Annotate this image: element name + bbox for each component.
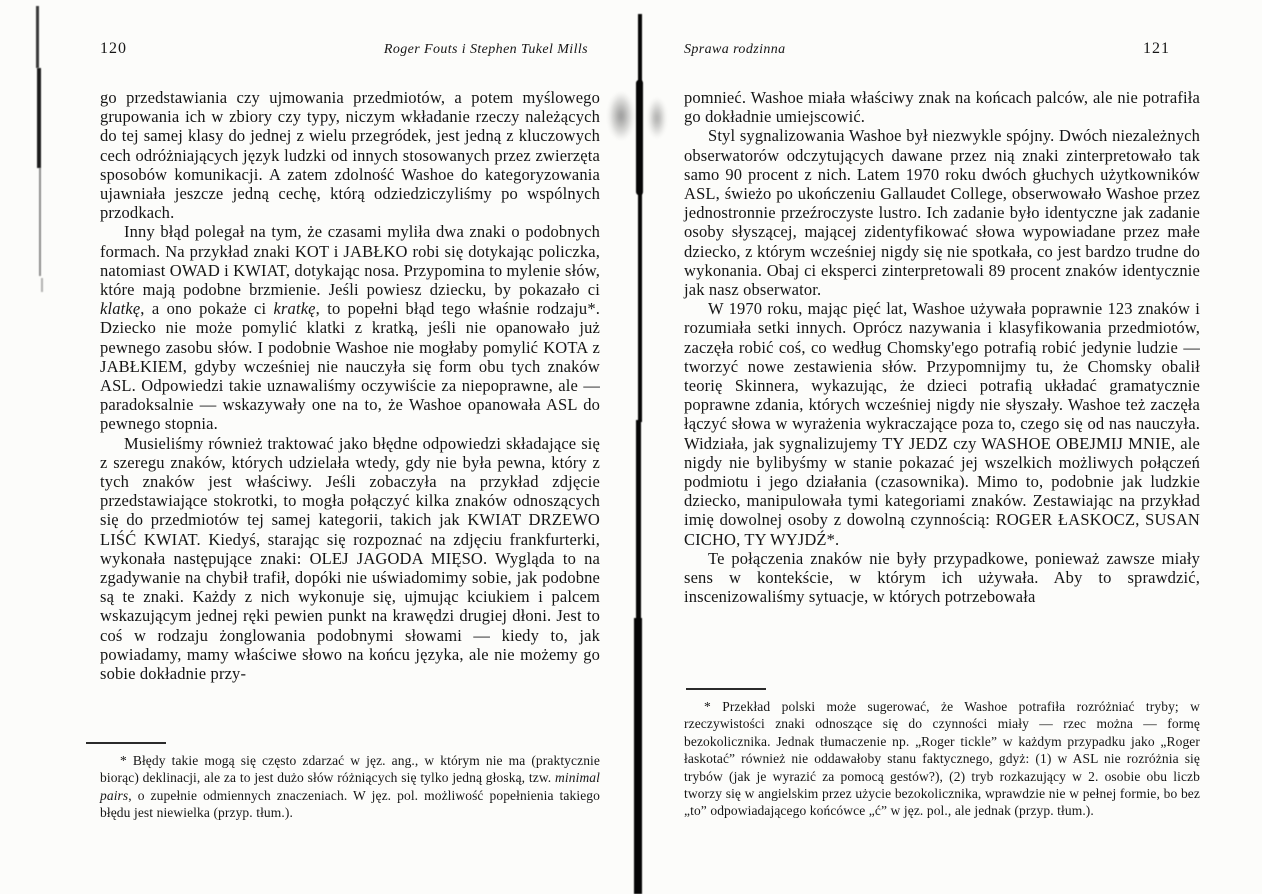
- text-segment: , to popełni błąd tego właśnie rodzaju*.…: [100, 299, 600, 433]
- paragraph: go przedstawiania czy ujmowania przedmio…: [100, 88, 600, 222]
- right-footnote-rule: [686, 688, 766, 690]
- ink-smudge: [608, 92, 634, 140]
- scan-edge-artifact: [36, 6, 39, 68]
- text-segment: W 1970 roku, mając pięć lat, Washoe używ…: [684, 299, 1200, 548]
- italic-text-segment: klatkę: [100, 299, 140, 318]
- text-segment: * Błędy takie mogą się często zdarzać w …: [100, 753, 600, 785]
- scan-edge-artifact: [39, 168, 41, 276]
- paragraph: W 1970 roku, mając pięć lat, Washoe używ…: [684, 299, 1200, 549]
- scanned-book-spread: 120 Roger Fouts i Stephen Tukel Mills go…: [0, 0, 1262, 894]
- text-segment: , o zupełnie odmiennych znaczeniach. W j…: [100, 788, 600, 820]
- gutter-line: [636, 420, 641, 620]
- right-page-footnote: * Przekład polski może sugerować, że Was…: [684, 698, 1200, 820]
- scan-edge-artifact: [37, 68, 41, 168]
- scan-edge-artifact: [41, 278, 43, 292]
- text-segment: Musieliśmy również traktować jako błędne…: [100, 434, 600, 683]
- right-page-body-text: pomnieć. Washoe miała właściwy znak na k…: [684, 88, 1200, 606]
- paragraph: pomnieć. Washoe miała właściwy znak na k…: [684, 88, 1200, 126]
- left-page: 120 Roger Fouts i Stephen Tukel Mills go…: [100, 40, 600, 890]
- text-segment: Inny błąd polegał na tym, że czasami myl…: [100, 222, 600, 299]
- left-page-footnote: * Błędy takie mogą się często zdarzać w …: [100, 752, 600, 822]
- left-page-number: 120: [100, 40, 127, 58]
- gutter-line: [634, 618, 642, 894]
- right-page-number: 121: [1143, 40, 1170, 58]
- gutter-line: [638, 192, 642, 422]
- right-page: Sprawa rodzinna 121 pomnieć. Washoe miał…: [684, 40, 1200, 890]
- text-segment: * Przekład polski może sugerować, że Was…: [684, 699, 1200, 818]
- paragraph: Te połączenia znaków nie były przypadkow…: [684, 549, 1200, 607]
- left-footnote-rule: [86, 742, 166, 744]
- left-running-head: Roger Fouts i Stephen Tukel Mills: [384, 42, 588, 58]
- left-page-header: 120 Roger Fouts i Stephen Tukel Mills: [100, 40, 600, 58]
- text-segment: pomnieć. Washoe miała właściwy znak na k…: [684, 88, 1200, 126]
- paragraph: * Przekład polski może sugerować, że Was…: [684, 698, 1200, 820]
- paragraph: Styl sygnalizowania Washoe był niezwykle…: [684, 126, 1200, 299]
- left-page-body-text: go przedstawiania czy ujmowania przedmio…: [100, 88, 600, 683]
- text-segment: Te połączenia znaków nie były przypadkow…: [684, 549, 1200, 606]
- italic-text-segment: kratkę: [274, 299, 316, 318]
- paragraph: Inny błąd polegał na tym, że czasami myl…: [100, 222, 600, 433]
- right-running-head: Sprawa rodzinna: [684, 42, 786, 58]
- gutter-line: [638, 14, 642, 84]
- text-segment: , a ono pokaże ci: [140, 299, 273, 318]
- ink-smudge: [648, 98, 666, 138]
- right-page-header: Sprawa rodzinna 121: [684, 40, 1200, 58]
- paragraph: Musieliśmy również traktować jako błędne…: [100, 434, 600, 684]
- text-segment: Styl sygnalizowania Washoe był niezwykle…: [684, 126, 1200, 299]
- gutter-line: [636, 80, 643, 195]
- text-segment: go przedstawiania czy ujmowania przedmio…: [100, 88, 600, 222]
- paragraph: * Błędy takie mogą się często zdarzać w …: [100, 752, 600, 822]
